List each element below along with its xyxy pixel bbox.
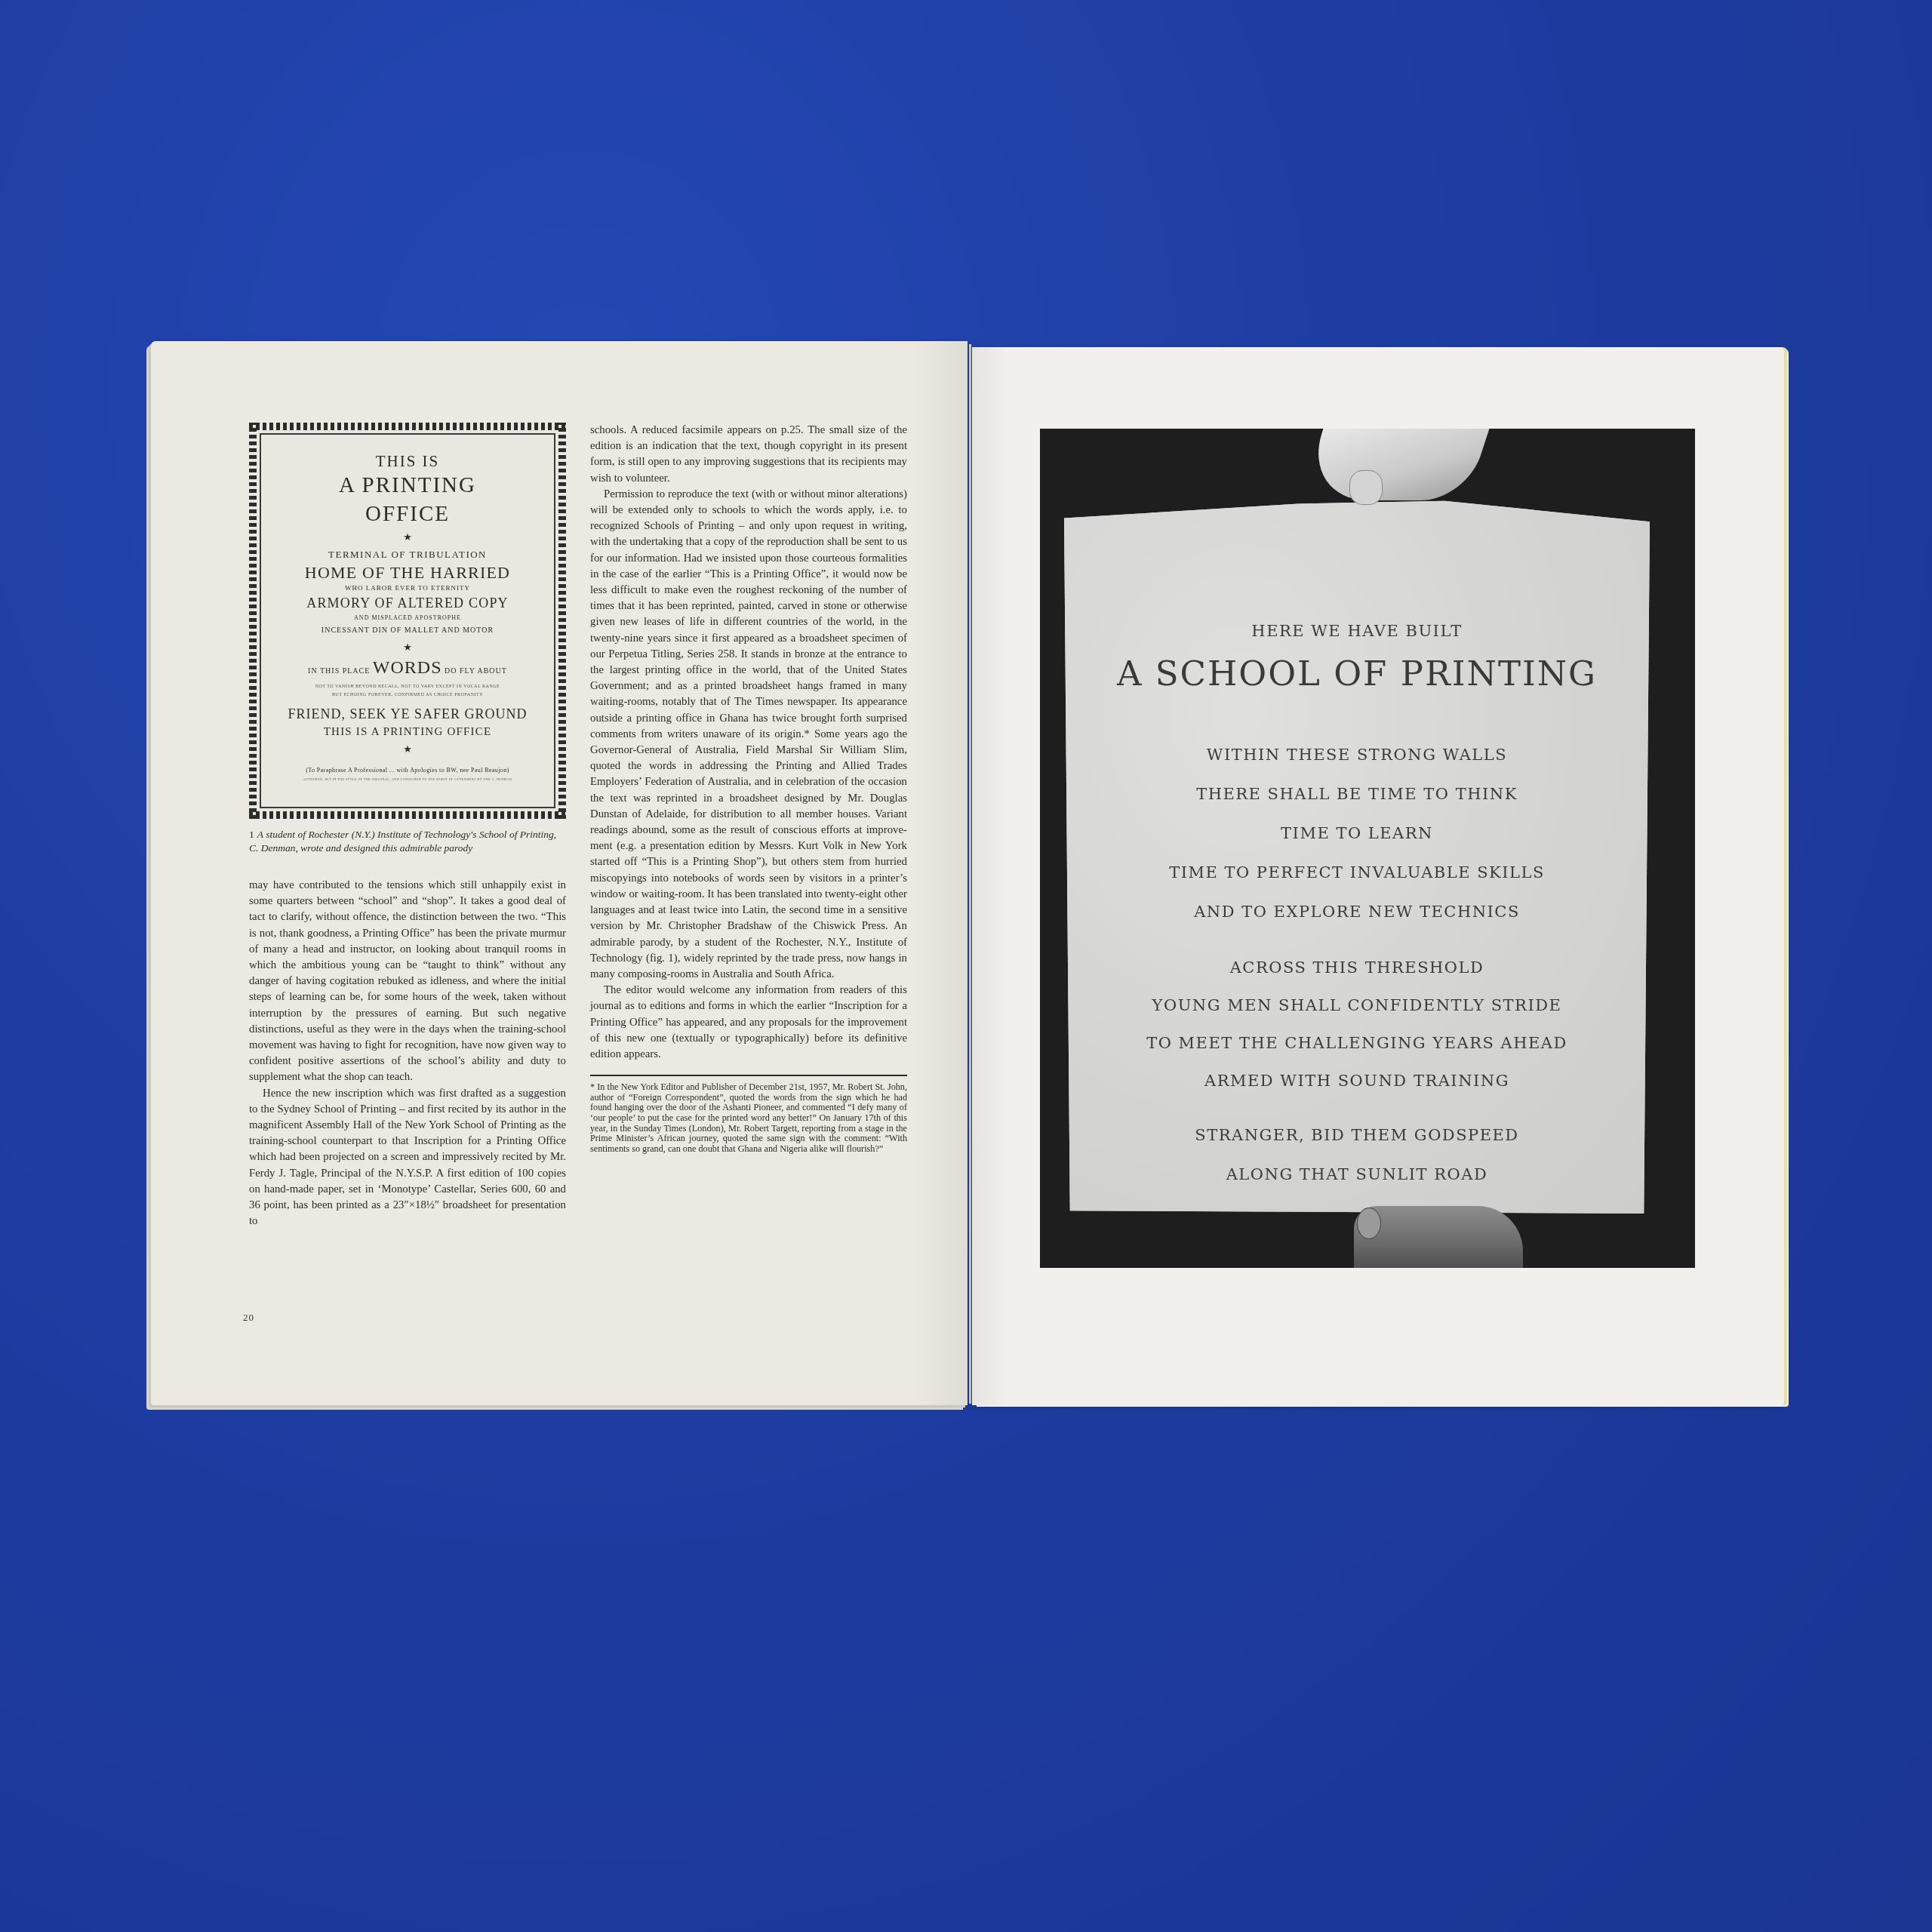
broadsheet-title-2: A PRINTING bbox=[261, 471, 554, 500]
broadsheet-paraphrase: (To Paraphrase A Professional ... with A… bbox=[261, 766, 554, 775]
star-ornament-icon: ★ bbox=[261, 528, 554, 546]
spine-fold bbox=[969, 344, 971, 1404]
inscription-line: STRANGER, BID THEM GODSPEED bbox=[1064, 1126, 1650, 1144]
star-ornament-icon: ★ bbox=[261, 740, 554, 758]
broadsheet-incessant: INCESSANT DIN OF MALLET AND MOTOR bbox=[261, 623, 554, 638]
broadsheet-do-fly: DO FLY ABOUT bbox=[445, 667, 507, 675]
column-2-body: schools. A reduced facsimile appears on … bbox=[590, 423, 907, 1063]
inscription-line: TIME TO PERFECT INVALUABLE SKILLS bbox=[1064, 863, 1650, 881]
inscription-line: THERE SHALL BE TIME TO THINK bbox=[1064, 785, 1650, 803]
broadsheet-words: WORDS bbox=[373, 658, 442, 678]
left-page: THIS IS A PRINTING OFFICE ★ TERMINAL OF … bbox=[151, 341, 968, 1405]
paragraph: may have contributed to the tensions whi… bbox=[249, 878, 566, 1086]
figure-1-broadsheet: THIS IS A PRINTING OFFICE ★ TERMINAL OF … bbox=[249, 423, 566, 819]
inscription-line: WITHIN THESE STRONG WALLS bbox=[1064, 746, 1650, 764]
broadsheet-words-line: IN THIS PLACE WORDS DO FLY ABOUT bbox=[261, 657, 554, 683]
upper-thumb-image bbox=[1349, 470, 1383, 505]
inscription-line: ALONG THAT SUNLIT ROAD bbox=[1064, 1165, 1650, 1183]
open-magazine-spread: THIS IS A PRINTING OFFICE ★ TERMINAL OF … bbox=[0, 0, 1932, 1932]
broadsheet-title-3: OFFICE bbox=[261, 500, 554, 528]
broadsheet-micro-credit: AUTHORED, SET IN THE STYLE OF THE ORIGIN… bbox=[261, 775, 554, 783]
right-page: HERE WE HAVE BUILT A SCHOOL OF PRINTING … bbox=[972, 347, 1784, 1405]
inscription-line: TO MEET THE CHALLENGING YEARS AHEAD bbox=[1064, 1034, 1650, 1052]
inscription-title: A SCHOOL OF PRINTING bbox=[1064, 654, 1650, 694]
paragraph: Permission to reproduce the text (with o… bbox=[590, 487, 907, 983]
upper-hand-image bbox=[1300, 429, 1490, 500]
figure-caption: 1A student of Rochester (N.Y.) Institute… bbox=[249, 828, 566, 855]
broadsheet-in-this-place: IN THIS PLACE bbox=[308, 667, 370, 675]
footnote-divider bbox=[590, 1075, 907, 1076]
paragraph: The editor would welcome any information… bbox=[590, 983, 907, 1063]
broadsheet-who-labor: WHO LABOR EVER TO ETERNITY bbox=[261, 583, 554, 593]
broadsheet-photograph: HERE WE HAVE BUILT A SCHOOL OF PRINTING … bbox=[1040, 429, 1695, 1268]
paragraph: schools. A reduced facsimile appears on … bbox=[590, 423, 907, 487]
broadsheet-but-echoing: BUT ECHOING FOREVER, CONFIRMED AS CHOICE… bbox=[261, 691, 554, 700]
page-number: 20 bbox=[243, 1312, 254, 1324]
broadsheet-home: HOME OF THE HARRIED bbox=[261, 563, 554, 583]
star-ornament-icon: ★ bbox=[261, 638, 554, 657]
broadsheet-terminal: TERMINAL OF TRIBULATION bbox=[261, 546, 554, 563]
paragraph: Hence the new inscription which was firs… bbox=[249, 1086, 566, 1230]
broadsheet-title-1: THIS IS bbox=[261, 451, 554, 471]
inscription-line: AND TO EXPLORE NEW TECHNICS bbox=[1064, 903, 1650, 921]
broadsheet-not-to-vanish: NOT TO VANISH BEYOND RECALL, NOT TO VARY… bbox=[261, 683, 554, 691]
right-column: schools. A reduced facsimile appears on … bbox=[590, 423, 907, 1154]
broadsheet-friend: FRIEND, SEEK YE SAFER GROUND bbox=[261, 704, 554, 724]
inscription-line: TIME TO LEARN bbox=[1064, 824, 1650, 842]
broadsheet-frame: THIS IS A PRINTING OFFICE ★ TERMINAL OF … bbox=[260, 433, 555, 808]
broadsheet-misplaced: AND MISPLACED APOSTROPHE bbox=[261, 613, 554, 623]
inscription-line: HERE WE HAVE BUILT bbox=[1064, 622, 1650, 640]
column-1-body: may have contributed to the tensions whi… bbox=[249, 878, 566, 1229]
broadsheet-this-is-office: THIS IS A PRINTING OFFICE bbox=[261, 724, 554, 740]
inscription-line: ACROSS THIS THRESHOLD bbox=[1064, 958, 1650, 977]
inscription-line: ARMED WITH SOUND TRAINING bbox=[1064, 1072, 1650, 1090]
inscription-line: YOUNG MEN SHALL CONFIDENTLY STRIDE bbox=[1064, 996, 1650, 1014]
held-broadsheet: HERE WE HAVE BUILT A SCHOOL OF PRINTING … bbox=[1064, 497, 1650, 1214]
broadsheet-armory: ARMORY OF ALTERED COPY bbox=[261, 593, 554, 613]
caption-text: A student of Rochester (N.Y.) Institute … bbox=[249, 829, 556, 854]
footnote: * In the New York Editor and Publisher o… bbox=[590, 1082, 907, 1154]
lower-thumb-image bbox=[1357, 1207, 1381, 1239]
figure-number: 1 bbox=[249, 829, 254, 840]
